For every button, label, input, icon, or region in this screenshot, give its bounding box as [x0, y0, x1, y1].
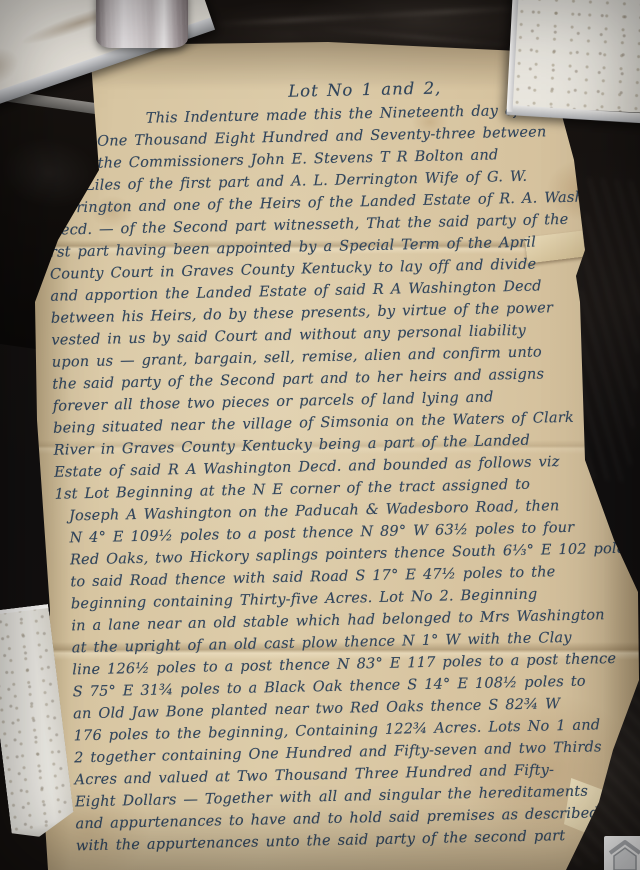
photo-scene: Lot No 1 and 2, This Indenture made this… [0, 0, 640, 870]
marble-vein [215, 6, 525, 26]
house-icon [607, 839, 640, 870]
watermark-badge [604, 836, 640, 870]
deed-paper: Lot No 1 and 2, This Indenture made this… [28, 40, 640, 870]
quartz-slab-top-right [512, 0, 640, 114]
slab-bevel-edge [0, 604, 48, 616]
metal-canister [96, 0, 188, 48]
handwriting-block: Lot No 1 and 2, This Indenture made this… [36, 71, 640, 857]
slab-bevel-edge [507, 0, 520, 112]
